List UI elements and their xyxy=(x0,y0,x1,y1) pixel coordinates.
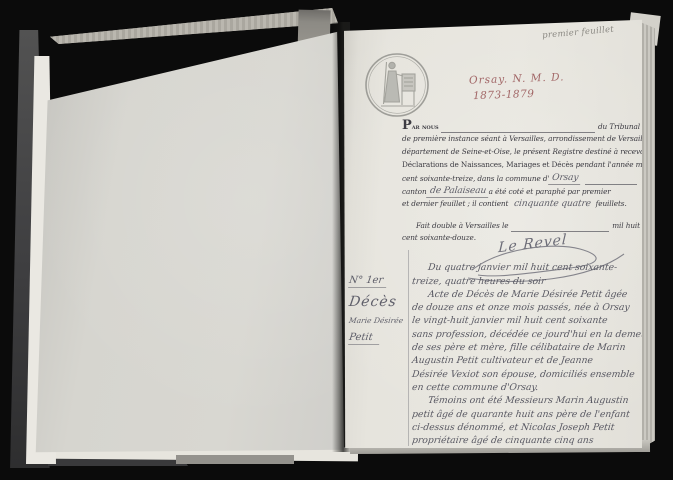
act-line: de douze ans et onze mois passés, née à … xyxy=(412,301,640,314)
blank-fill-line xyxy=(585,176,637,185)
act-line: sans profession, décédée ce jourd'hui en… xyxy=(412,327,640,340)
act-line: Du quatre janvier mil huit cent soixante… xyxy=(412,261,640,274)
blank-left-page xyxy=(32,28,344,454)
act-line: Désirée Vexiot son épouse, domiciliés en… xyxy=(412,367,640,380)
preamble-line-7: et dernier feuillet ; il contient cinqua… xyxy=(402,198,640,211)
preamble-line-6: canton de Palaiseau a été coté et paraph… xyxy=(402,185,640,198)
archive-reference-years: 1873-1879 xyxy=(473,88,535,102)
act-line: le vingt-huit janvier mil huit cent soix… xyxy=(412,314,640,327)
preamble-line-2: de première instance séant à Versailles,… xyxy=(402,133,640,146)
archival-register-scan: premier feuillet Orsay. N. M. D. 1873-18… xyxy=(0,0,673,480)
spacer xyxy=(402,211,640,219)
act-line: Augustin Petit cultivateur et de Jeanne xyxy=(412,354,640,367)
page-block-top-edge xyxy=(50,8,338,44)
margin-rule xyxy=(408,250,409,446)
deceased-given-names: Marie Désirée xyxy=(348,316,407,325)
act-number: N° 1er xyxy=(348,275,388,288)
act-line: ci-dessus dénommé, et Nicolas Joseph Pet… xyxy=(412,421,640,434)
margin-annotation: N° 1er Décès Marie Désirée Petit xyxy=(349,268,407,345)
act-line: Témoins ont été Messieurs Marin Augustin xyxy=(412,394,640,407)
act-line: Acte de Décès de Marie Désirée Petit âgé… xyxy=(412,288,640,301)
pencil-note: premier feuillet xyxy=(542,23,633,41)
death-act-text: Du quatre janvier mil huit cent soixante… xyxy=(412,261,640,447)
act-line: propriétaire âgé de cinquante cinq ans xyxy=(412,434,640,447)
timbre-stamp-icon xyxy=(362,50,432,120)
preamble-line-1: Par nous du Tribunal xyxy=(402,120,640,133)
preamble-line-4: Déclarations de Naissances, Mariages et … xyxy=(402,159,640,172)
blank-fill-line xyxy=(441,124,594,133)
act-line: de ses père et mère, fille célibataire d… xyxy=(412,341,640,354)
preamble-line-5: cent soixante-treize, dans la commune d'… xyxy=(402,172,640,185)
par-nous-label: Par nous xyxy=(402,120,438,133)
act-type-label: Décès xyxy=(348,294,408,310)
deceased-surname: Petit xyxy=(348,332,381,345)
register-first-leaf: premier feuillet Orsay. N. M. D. 1873-18… xyxy=(344,18,642,448)
preamble-line-3: département de Seine-et-Oise, le présent… xyxy=(402,146,640,159)
handwritten-folio-count: cinquante quatre xyxy=(510,198,594,210)
page-stack-bottom-shadow xyxy=(176,455,294,464)
page-stack-fore-edge xyxy=(640,22,655,449)
handwritten-commune: Orsay xyxy=(548,172,582,185)
act-line: treize, quatre heures du soir xyxy=(412,274,640,287)
handwritten-canton: de Palaiseau xyxy=(426,185,490,198)
act-line: en cette commune d'Orsay. xyxy=(412,381,640,394)
act-line: petit âgé de quarante huit ans père de l… xyxy=(412,407,640,420)
blank-fill-line xyxy=(511,223,609,232)
preamble-line-8: Fait double à Versailles le mil huit xyxy=(402,219,640,232)
archive-reference-note: Orsay. N. M. D. xyxy=(469,71,565,86)
printed-preamble: Par nous du Tribunal de première instanc… xyxy=(402,120,640,245)
